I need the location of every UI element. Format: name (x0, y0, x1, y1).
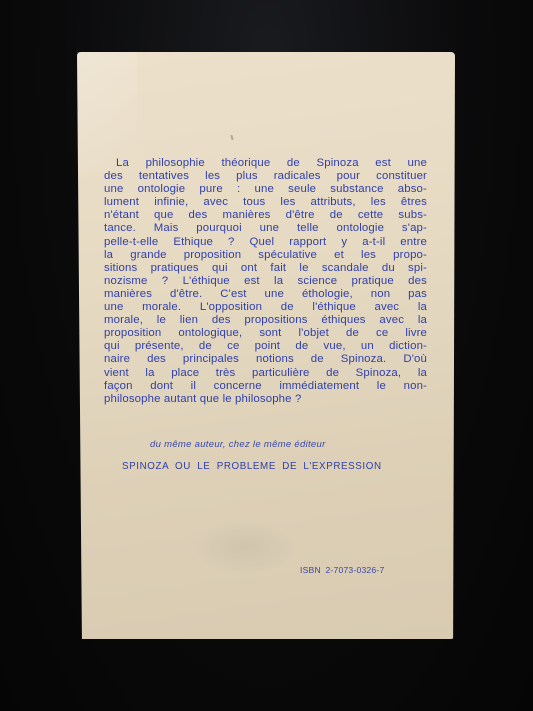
blurb-line: pelle-t-elle Ethique ? Quel rapport y a-… (104, 236, 427, 249)
blurb-line: morale, le lien des propositions éthique… (104, 314, 427, 327)
blurb-line: tance. Mais pourquoi une telle ontologie… (104, 222, 427, 235)
blurb-line: la grande proposition spéculative et les… (104, 249, 427, 262)
blurb-line: naire des principales notions de Spinoza… (104, 353, 427, 366)
same-author-heading: du même auteur, chez le même éditeur (150, 439, 390, 450)
blurb-paragraph: La philosophie théorique de Spinoza est … (104, 157, 427, 406)
blurb-line: n'étant que des manières d'être de cette… (104, 209, 427, 222)
blurb-line: vient la place très particulière de Spin… (104, 367, 427, 380)
blurb-line: La philosophie théorique de Spinoza est … (104, 157, 427, 170)
blurb-line: lument infinie, avec tous les attributs,… (104, 196, 427, 209)
blurb-line: philosophe autant que le philosophe ? (104, 393, 427, 406)
blurb-line: une morale. L'opposition de l'éthique av… (104, 301, 427, 314)
blurb-line: manières d'être. C'est une éthologie, no… (104, 288, 427, 301)
blurb-line: des tentatives les plus radicales pour c… (104, 170, 427, 183)
blurb-line: façon dont il concerne immédiatement le … (104, 380, 427, 393)
other-title: SPINOZA OU LE PROBLEME DE L'EXPRESSION (122, 461, 422, 472)
blurb-line: proposition ontologique, sont l'objet de… (104, 327, 427, 340)
blurb-line: qui présente, de ce point de vue, un dic… (104, 340, 427, 353)
blurb-line: nozisme ? L'éthique est la science prati… (104, 275, 427, 288)
faded-stamp (195, 522, 295, 572)
blurb-line: sitions pratiques qui ont fait le scanda… (104, 262, 427, 275)
blurb-line: une ontologie pure : une seule substance… (104, 183, 427, 196)
isbn: ISBN 2-7073-0326-7 (300, 565, 384, 575)
